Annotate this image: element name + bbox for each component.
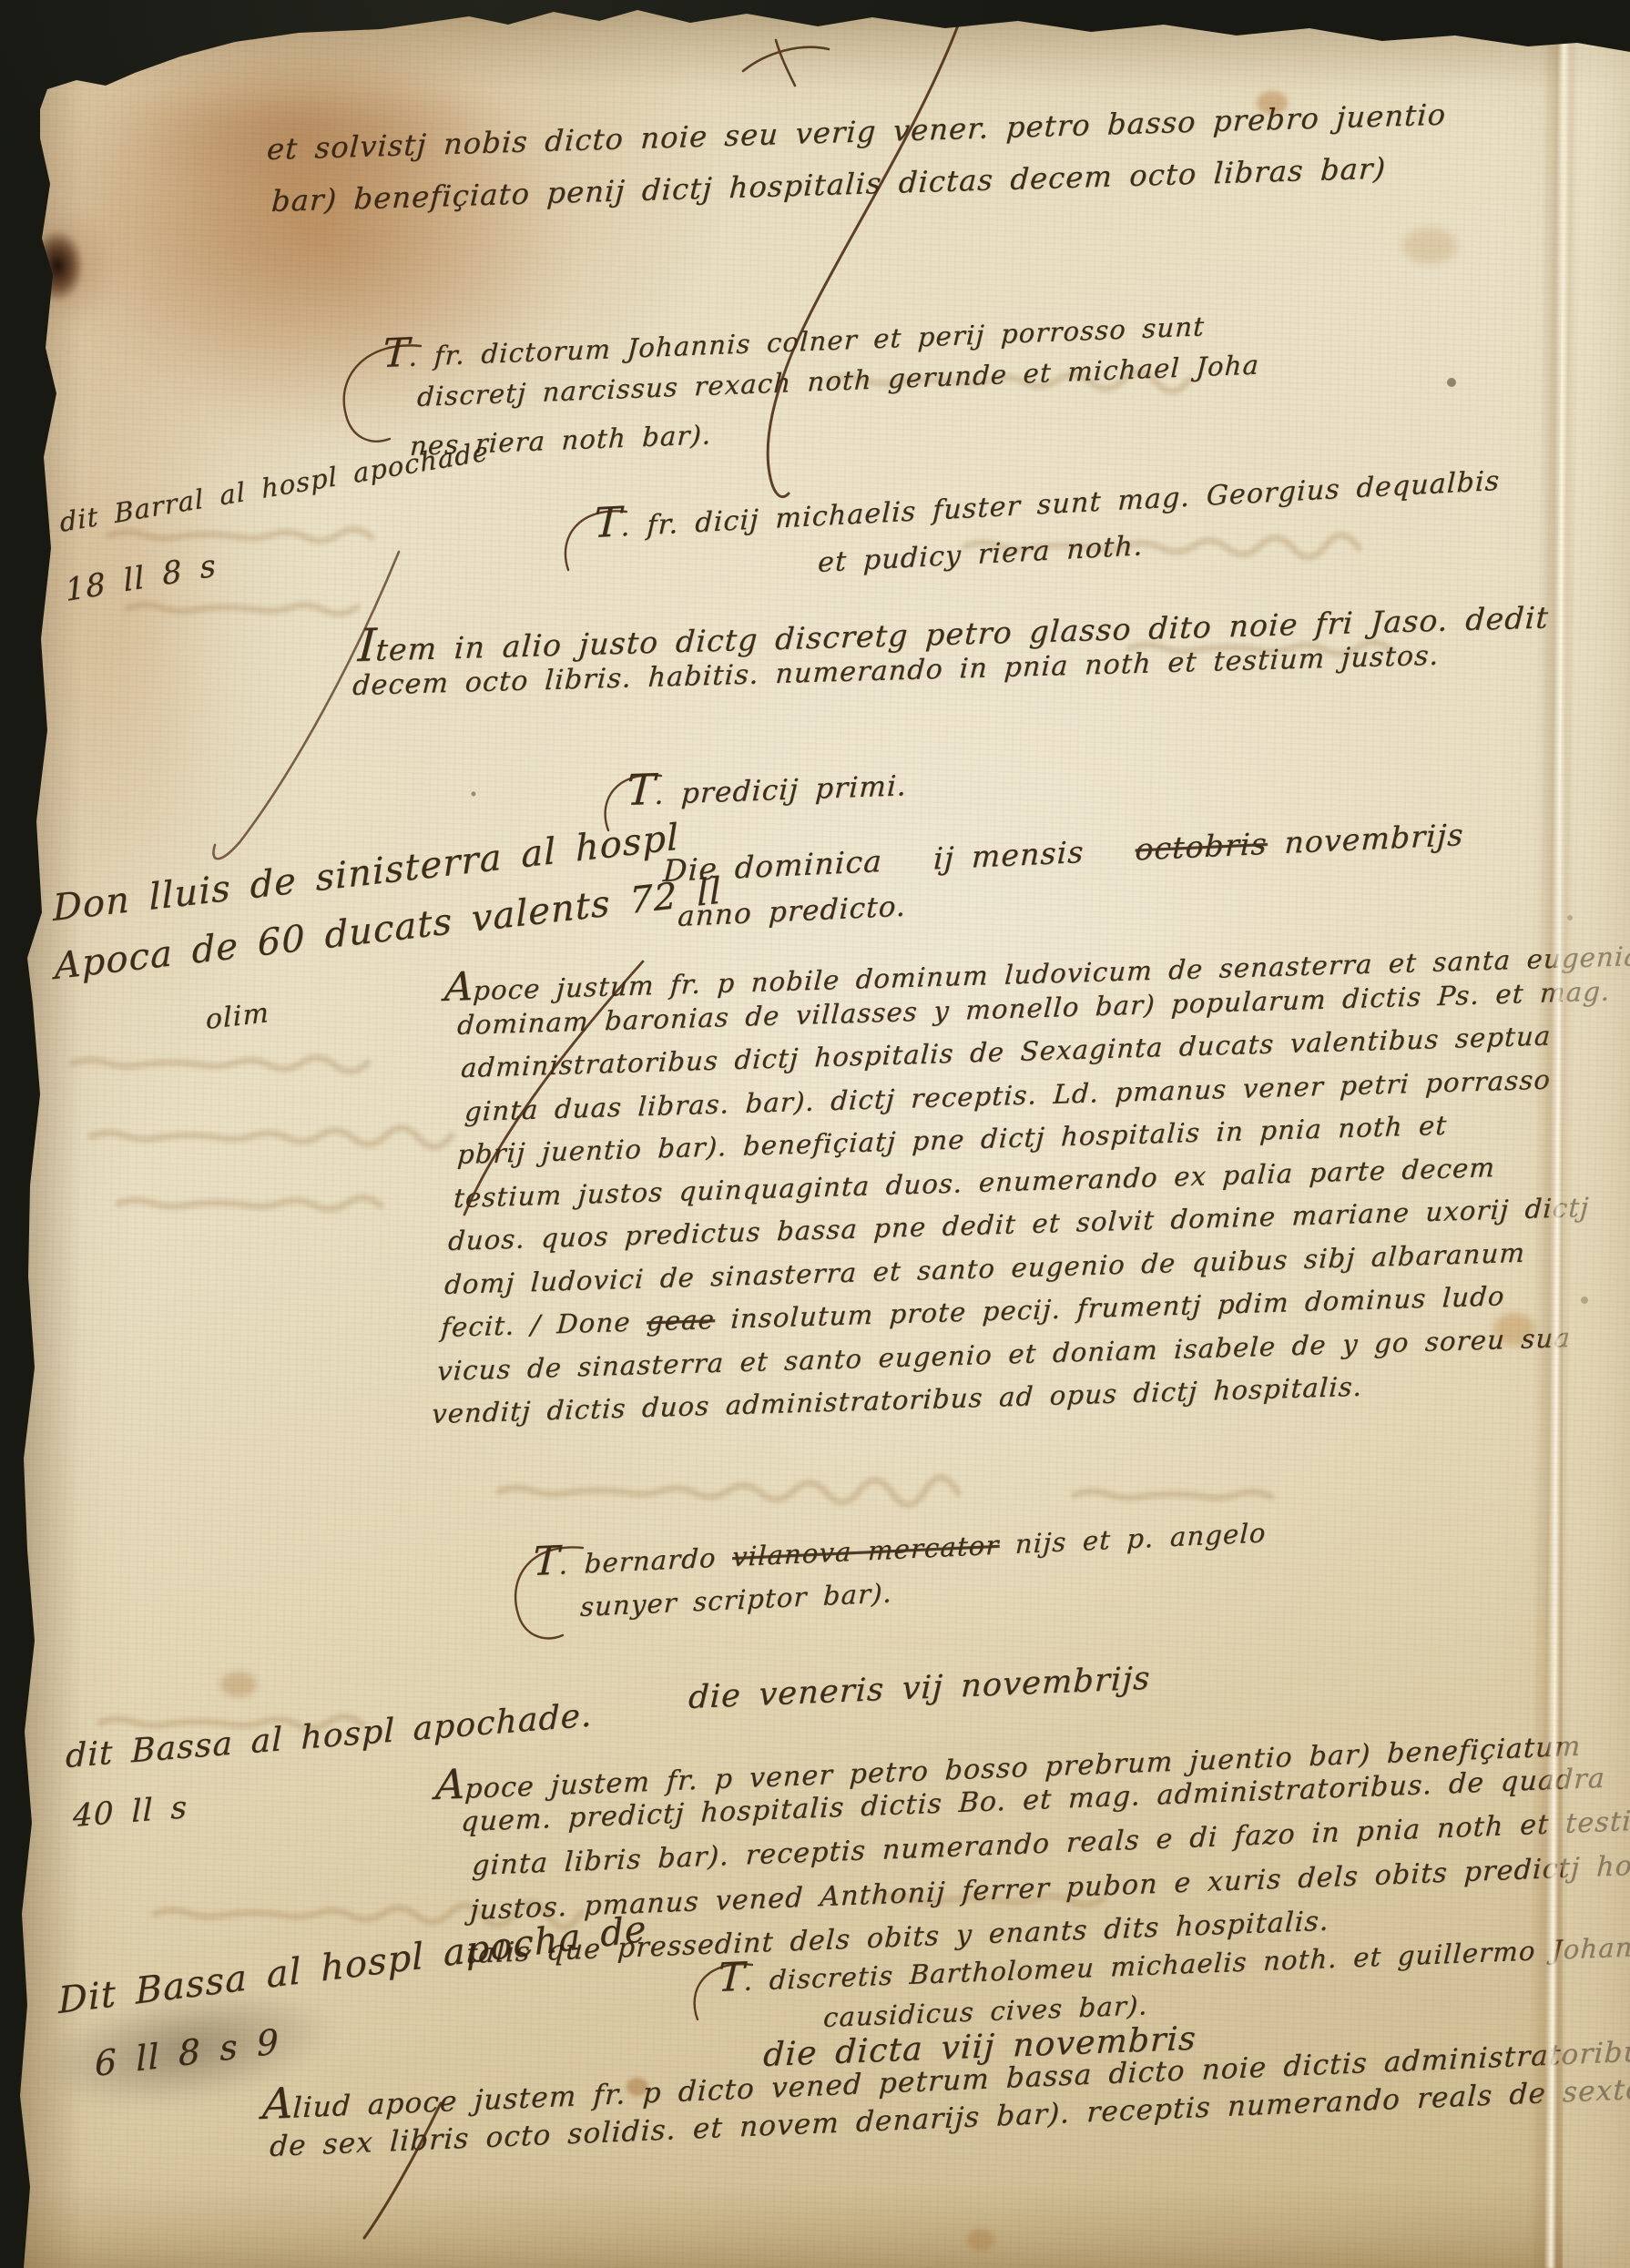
ink-speck xyxy=(1447,378,1456,387)
margin-note-2-line-3: olim xyxy=(206,1000,270,1034)
fox-spot-6 xyxy=(1402,228,1457,264)
stain-left-wash xyxy=(18,328,228,910)
witness-bernardo-line-1: T. bernardo vilanova mercator nijs et p.… xyxy=(532,1510,1267,1582)
date-heading-1-line-1: Die dominica ij mensis octobris novembri… xyxy=(662,819,1464,886)
margin-note-3-line-2: 40 ll s xyxy=(73,1792,188,1832)
ink-speck xyxy=(1581,1297,1588,1304)
item-descender-flourish xyxy=(213,552,399,859)
witness-bernardo-line-2: sunyer scriptor bar). xyxy=(580,1580,893,1621)
witness-michaelis-line-2: et pudicy riera noth. xyxy=(818,533,1144,577)
burn-mark xyxy=(31,229,84,302)
date-heading-2-line-1: die veneris vij novembrijs xyxy=(688,1663,1151,1714)
burn-halo xyxy=(15,209,115,328)
cancellation-stroke xyxy=(768,25,958,497)
ink-speck xyxy=(1567,915,1573,920)
witness-predicti-primi-line-1: T. predicij primi. xyxy=(626,759,909,811)
margin-note-4-line-2: 6 ll 8 s 9 xyxy=(94,2024,280,2081)
para-receipt-top-line-2: bar) benefiçiato penij dictj hospitalis … xyxy=(270,154,1387,216)
fox-spot-4 xyxy=(967,2229,994,2251)
cross-mark xyxy=(743,47,829,71)
manuscript-page: et solvistj nobis dicto noie seu verig v… xyxy=(0,0,1630,2268)
bottom-tan-band xyxy=(0,2185,1630,2268)
witness-michaelis-line-1: T. fr. dicij michaelis fuster sunt mag. … xyxy=(593,455,1501,544)
ink-speck xyxy=(472,792,476,797)
margin-note-1-line-1: dit Barral al hospl apochade xyxy=(59,438,490,536)
cross-mark xyxy=(776,40,795,86)
photographed-codex-background: et solvistj nobis dicto noie seu verig v… xyxy=(0,0,1630,2268)
fox-spot-5 xyxy=(220,1672,257,1697)
margin-note-1-line-2: 18 ll 8 s xyxy=(64,550,218,606)
